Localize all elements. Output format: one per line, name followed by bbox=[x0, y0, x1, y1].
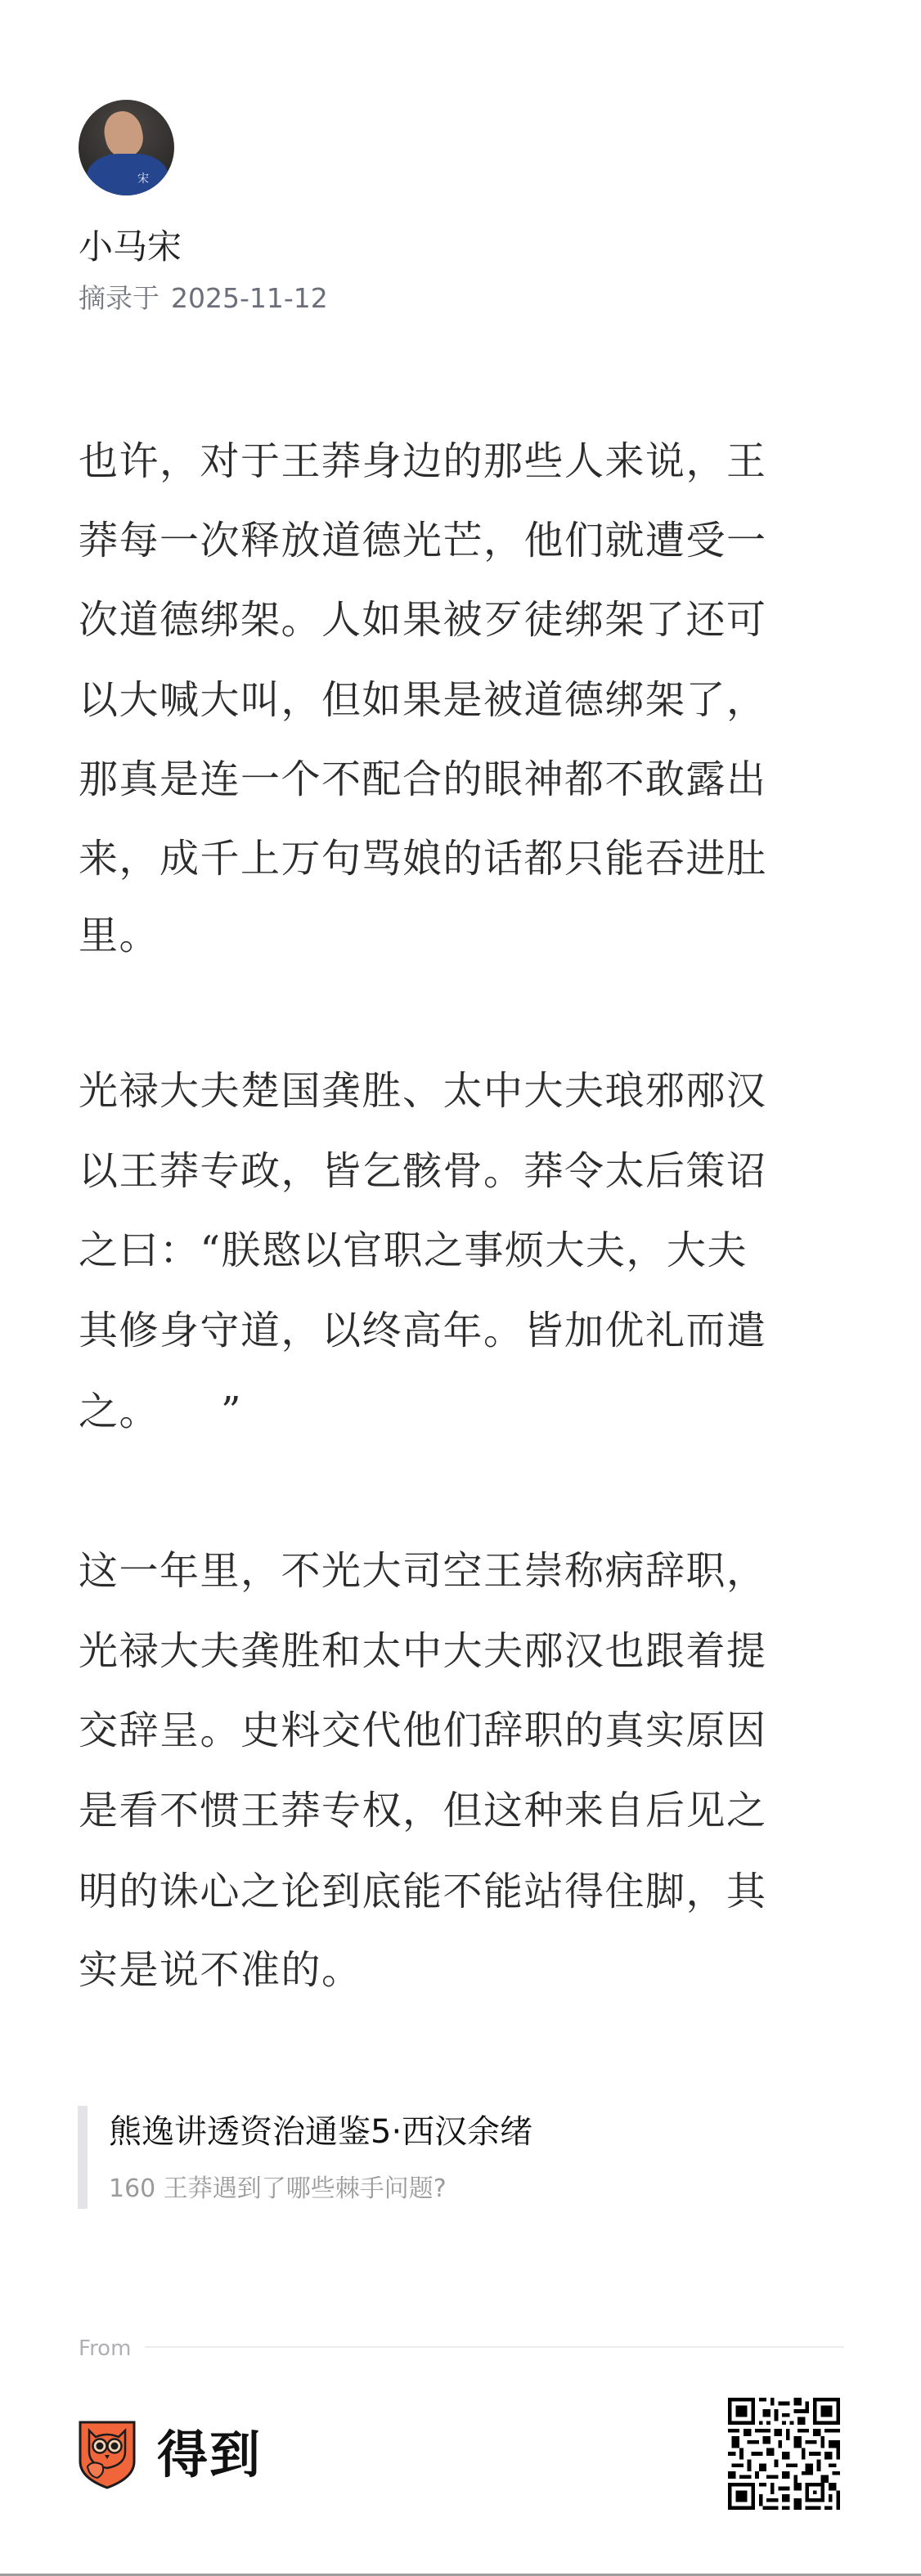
dedao-owl-logo-icon bbox=[78, 2419, 137, 2489]
paragraph-1-line: 以大喊大叫，但如果是被道德绑架了， bbox=[79, 675, 767, 725]
paragraph-3-line: 是看不惯王莽专权，但这种来自后见之 bbox=[79, 1786, 767, 1835]
paragraph-2-line: 之曰：“朕愍以官职之事烦大夫，大夫 bbox=[79, 1226, 748, 1275]
excerpt-label: 摘录于 bbox=[79, 282, 159, 314]
source-book-title[interactable]: 熊逸讲透资治通鉴5·西汉余绪 bbox=[109, 2110, 532, 2154]
source-chapter[interactable]: 160 王莽遇到了哪些棘手问题? bbox=[109, 2171, 447, 2207]
excerpt-date: 2025-11-12 bbox=[171, 282, 328, 314]
avatar-shirt-mark: 宋 bbox=[137, 170, 149, 186]
paragraph-1-line: 次道德绑架。人如果被歹徒绑架了还可 bbox=[79, 595, 767, 644]
paragraph-2-line: 之。 ” bbox=[79, 1387, 242, 1436]
paragraph-2-line: 以王莽专政，皆乞骸骨。莽令太后策诏 bbox=[79, 1147, 767, 1196]
paragraph-2-line: 其修身守道，以终高年。皆加优礼而遣 bbox=[79, 1306, 767, 1355]
paragraph-1-line: 里。 bbox=[79, 911, 159, 960]
excerpt-meta: 摘录于2025-11-12 bbox=[79, 280, 328, 316]
source-quote-bar bbox=[78, 2106, 88, 2209]
paragraph-3-line: 交辞呈。史料交代他们辞职的真实原因 bbox=[79, 1706, 767, 1755]
brand-name: 得到 bbox=[157, 2424, 262, 2486]
author-avatar[interactable]: 宋 bbox=[79, 100, 174, 195]
paragraph-1-line: 也许，对于王莽身边的那些人来说，王 bbox=[79, 437, 767, 486]
paragraph-2-line: 光禄大夫楚国龚胜、太中大夫琅邪邴汉 bbox=[79, 1066, 767, 1115]
from-divider bbox=[145, 2346, 844, 2348]
paragraph-3-line: 实是说不准的。 bbox=[79, 1945, 362, 1995]
paragraph-3-line: 这一年里，不光大司空王崇称病辞职， bbox=[79, 1546, 767, 1595]
qr-code-icon[interactable] bbox=[728, 2398, 840, 2510]
paragraph-3-line: 光禄大夫龚胜和太中大夫邴汉也跟着提 bbox=[79, 1627, 767, 1676]
avatar-face bbox=[101, 108, 147, 160]
paragraph-1-line: 莽每一次释放道德光芒，他们就遭受一 bbox=[79, 516, 767, 565]
paragraph-3-line: 明的诛心之论到底能不能站得住脚，其 bbox=[79, 1867, 767, 1916]
avatar-shirt bbox=[87, 154, 168, 195]
from-label: From bbox=[79, 2336, 131, 2362]
paragraph-1-line: 那真是连一个不配合的眼神都不敢露出 bbox=[79, 755, 767, 804]
author-name[interactable]: 小马宋 bbox=[79, 224, 182, 270]
paragraph-1-line: 来，成千上万句骂娘的话都只能吞进肚 bbox=[79, 834, 767, 883]
